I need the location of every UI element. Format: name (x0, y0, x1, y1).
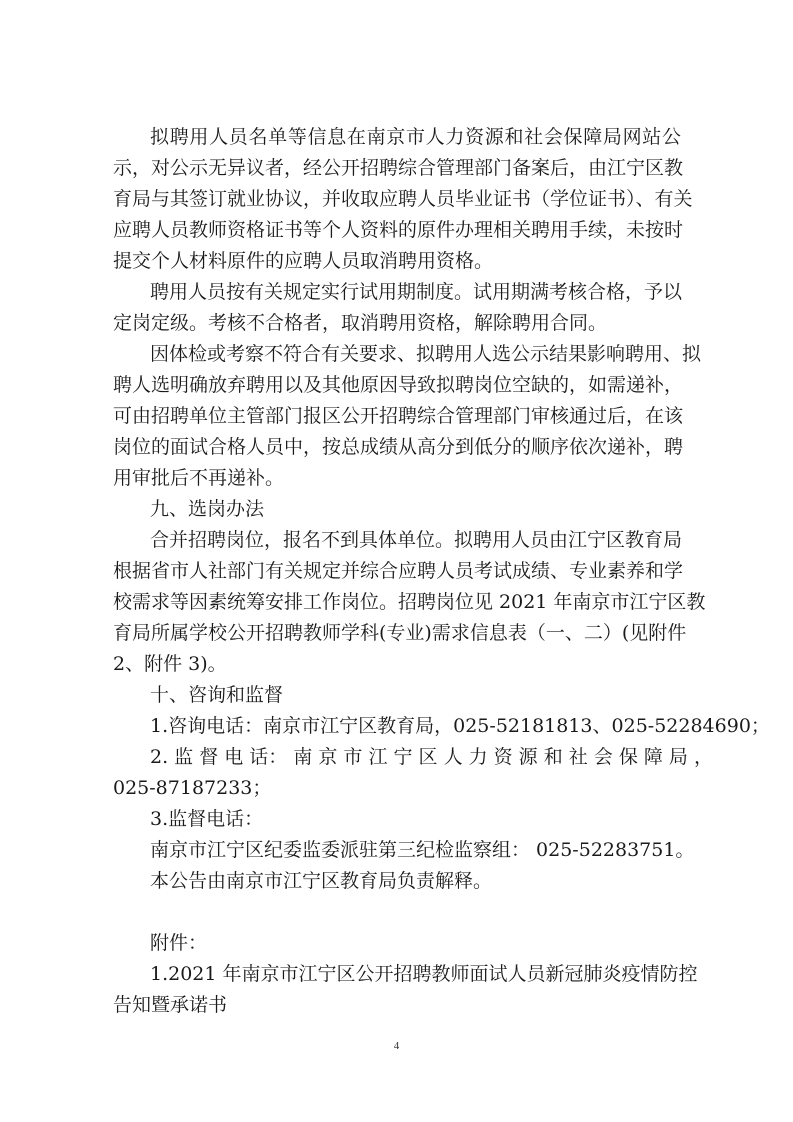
paragraph-line: 聘人选明确放弃聘用以及其他原因导致拟聘岗位空缺的，如需递补， (113, 372, 681, 398)
paragraph-line: 应聘人员教师资格证书等个人资料的原件办理相关聘用手续，未按时 (113, 217, 681, 243)
paragraph-line: 育局与其签订就业协议，并收取应聘人员毕业证书（学位证书）、有关 (113, 186, 681, 212)
paragraph-line: 2、附件 3)。 (113, 651, 681, 677)
paragraph-line: 定岗定级。考核不合格者，取消聘用资格，解除聘用合同。 (113, 310, 681, 336)
paragraph-line: 拟聘用人员名单等信息在南京市人力资源和社会保障局网站公 (150, 124, 681, 150)
section-heading: 九、选岗办法 (150, 496, 681, 522)
paragraph-line: 岗位的面试合格人员中，按总成绩从高分到低分的顺序依次递补，聘 (113, 434, 681, 460)
contact-line: 2. 监 督 电 话： 南 京 市 江 宁 区 人 力 资 源 和 社 会 保 … (150, 744, 681, 770)
paragraph-line: 用审批后不再递补。 (113, 465, 681, 491)
attachment-item: 告知暨承诺书 (113, 992, 681, 1018)
contact-line: 025-87187233； (113, 775, 681, 801)
paragraph-line: 可由招聘单位主管部门报区公开招聘综合管理部门审核通过后，在该 (113, 403, 681, 429)
paragraph-line: 提交个人材料原件的应聘人员取消聘用资格。 (113, 248, 681, 274)
paragraph-line: 根据省市人社部门有关规定并综合应聘人员考试成绩、专业素养和学 (113, 558, 681, 584)
attachments-heading: 附件： (150, 930, 681, 956)
closing-statement: 本公告由南京市江宁区教育局负责解释。 (150, 868, 681, 894)
paragraph-line: 示，对公示无异议者，经公开招聘综合管理部门备案后，由江宁区教 (113, 155, 681, 181)
page-number: 4 (0, 1040, 793, 1052)
contact-line: 南京市江宁区纪委监委派驻第三纪检监察组： 025-52283751。 (150, 837, 681, 863)
paragraph-line: 育局所属学校公开招聘教师学科(专业)需求信息表（一、二）(见附件 (113, 620, 681, 646)
contact-line: 3.监督电话： (150, 806, 681, 832)
attachment-item: 1.2021 年南京市江宁区公开招聘教师面试人员新冠肺炎疫情防控 (150, 961, 681, 987)
document-page: 拟聘用人员名单等信息在南京市人力资源和社会保障局网站公 示，对公示无异议者，经公… (0, 0, 793, 1122)
paragraph-line: 聘用人员按有关规定实行试用期制度。试用期满考核合格，予以 (150, 279, 681, 305)
paragraph-line: 因体检或考察不符合有关要求、拟聘用人选公示结果影响聘用、拟 (150, 341, 681, 367)
contact-line: 1.咨询电话：南京市江宁区教育局，025-52181813、025-522846… (150, 713, 681, 739)
paragraph-line: 校需求等因素统筹安排工作岗位。招聘岗位见 2021 年南京市江宁区教 (113, 589, 681, 615)
section-heading: 十、咨询和监督 (150, 682, 681, 708)
paragraph-line: 合并招聘岗位，报名不到具体单位。拟聘用人员由江宁区教育局 (150, 527, 681, 553)
